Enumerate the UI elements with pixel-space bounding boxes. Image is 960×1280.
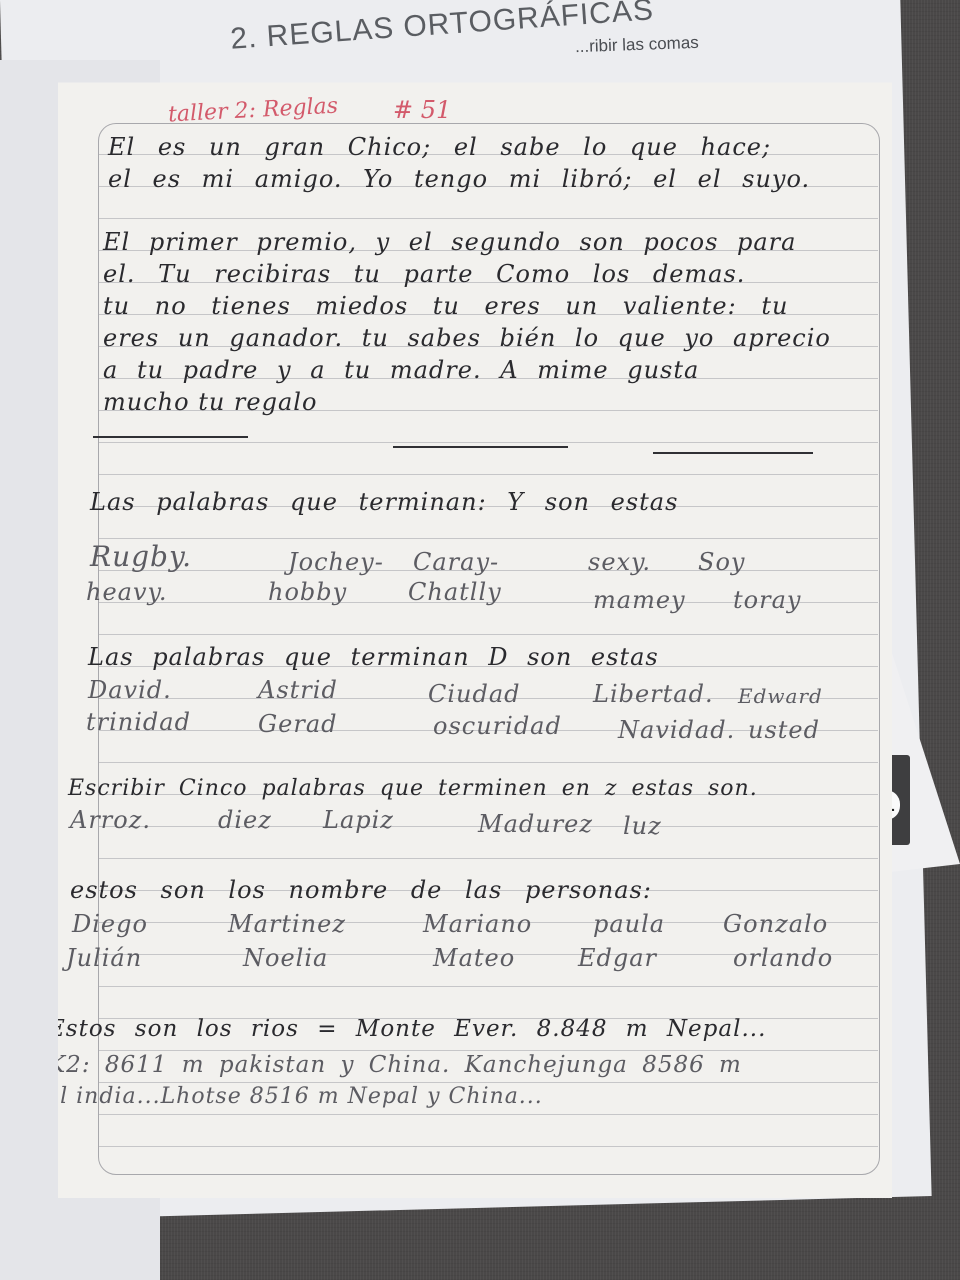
word: heavy. [86,578,168,606]
section-heading: Escribir Cinco palabras que terminen en … [68,776,758,801]
section-heading: estos son los nombre de las personas: [70,876,652,904]
word: Edward [738,684,823,708]
word: Edgar [578,944,657,972]
handwritten-line: mucho tu regalo [103,388,317,416]
handwritten-line: K2: 8611 m pakistan y China. Kanchejunga… [48,1052,742,1078]
handwritten-line: al india...Lhotse 8516 m Nepal y China..… [46,1084,543,1109]
word: toray [733,586,801,614]
word: Martinez [228,910,346,938]
word: Soy [698,548,745,576]
handwritten-line: el es mi amigo. Yo tengo mi libró; el el… [108,165,810,193]
word: Gerad [258,710,338,738]
divider-stroke [93,436,248,438]
word: Diego [72,910,148,938]
word: paula [593,910,665,938]
handwritten-line: El es un gran Chico; el sabe lo que hace… [108,133,771,161]
word: usted [748,716,820,744]
handwritten-line: Estos son los rios = Monte Ever. 8.848 m… [48,1016,766,1042]
word: orlando [733,944,833,972]
word: trinidad [86,708,191,736]
handwritten-line: el. Tu recibiras tu parte Como los demas… [103,260,745,288]
section-heading: Las palabras que terminan: Y son estas [90,488,678,516]
word: Ciudad [428,680,521,708]
word: Gonzalo [723,910,828,938]
divider-stroke [393,446,568,448]
word: Noelia [243,944,328,972]
word: Mateo [433,944,515,972]
handwritten-line: tu no tienes miedos tu eres un valiente:… [103,292,788,320]
word: Navidad. [618,716,735,744]
word: Rugby. [90,540,192,573]
word: Mariano [423,910,532,938]
word: Julián [66,944,142,972]
section-heading: Las palabras que terminan D son estas [88,643,659,671]
word: Arroz. [70,806,151,834]
word: Caray- [413,548,499,576]
handwritten-line: El primer premio, y el segundo son pocos… [103,228,796,256]
word: mamey [593,586,686,614]
handwritten-line: eres un ganador. tu sabes bién lo que yo… [103,324,831,352]
word: Libertad. [593,680,714,708]
page-header-number: # 51 [393,96,451,124]
word: Madurez [478,810,593,838]
word: diez [218,806,272,834]
word: oscuridad [433,712,562,740]
notebook-page: taller 2: Reglas # 51 El es un gran Chic… [58,48,892,1198]
word: Lapiz [323,806,394,834]
word: luz [623,812,662,840]
word: Chatlly [408,578,502,606]
divider-stroke [653,452,813,454]
word: Jochey- [288,548,384,576]
word: hobby [268,578,347,606]
word: sexy. [588,548,651,576]
handwritten-line: a tu padre y a tu madre. A mime gusta [103,356,699,384]
word: Astrid [258,676,338,704]
word: David. [88,676,172,704]
